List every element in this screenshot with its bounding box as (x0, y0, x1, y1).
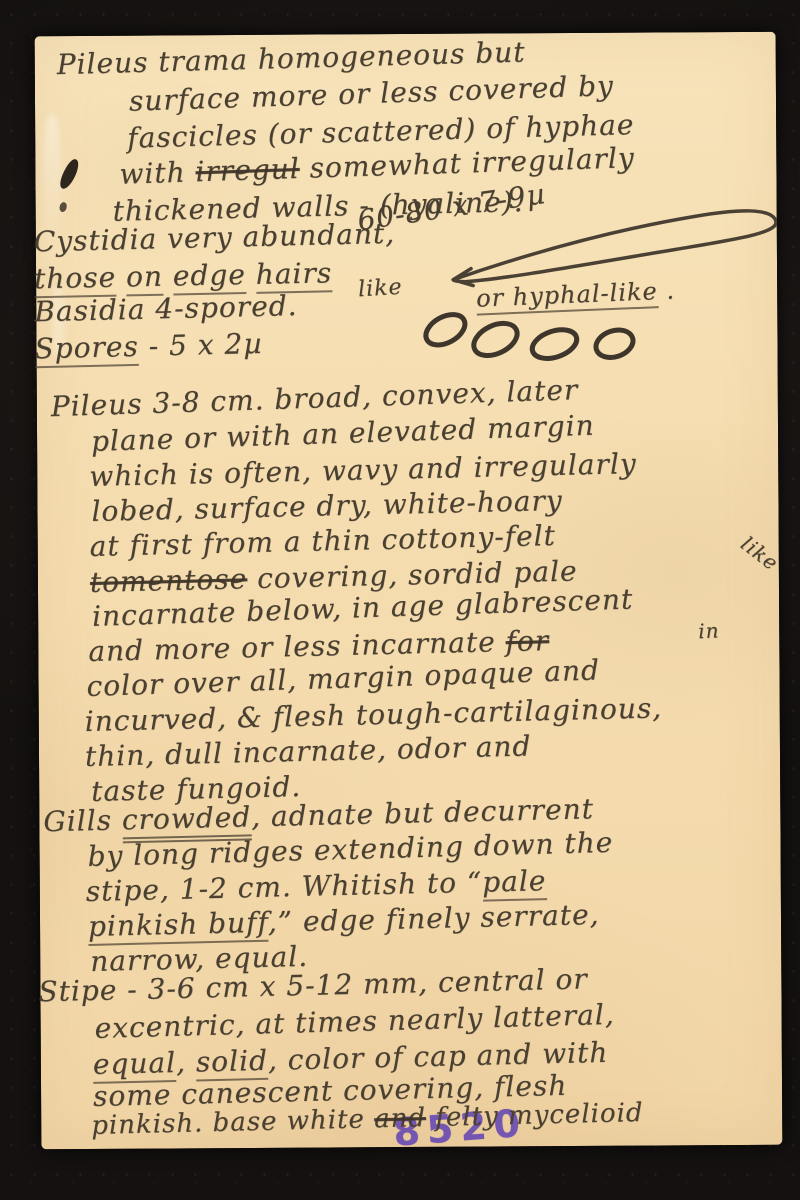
text-segment (163, 259, 174, 292)
ink-blot-mark (59, 201, 68, 212)
handwritten-line: or hyphal-like . (476, 277, 676, 312)
cystidium-drawing (453, 211, 777, 286)
handwritten-line: pinkish buff,” edge finely serrate, (88, 900, 600, 943)
text-segment (245, 258, 256, 291)
handwritten-line: like (357, 276, 403, 303)
spore-outline (469, 317, 523, 362)
handwritten-line: in (698, 619, 720, 642)
text-segment: like (736, 531, 783, 575)
handwritten-line: Cystidia very abundant, (34, 219, 396, 258)
handwritten-line: like (737, 532, 783, 574)
text-segment: or hyphal-like (476, 277, 659, 315)
text-segment: for (505, 624, 549, 658)
text-segment: - 5 x 2µ (138, 327, 262, 363)
spore-outline (421, 308, 470, 351)
text-segment: and (374, 1103, 427, 1134)
text-segment: Spores (34, 330, 139, 368)
text-segment: irregul (195, 152, 300, 188)
text-segment: pale (482, 864, 547, 902)
handwritten-line: thin, dull incarnate, odor and (85, 731, 532, 772)
text-segment: in (698, 618, 720, 643)
text-segment: on (126, 260, 164, 297)
text-segment: felty mycelioid (426, 1098, 644, 1133)
text-segment: with (119, 155, 196, 190)
handwritten-line: Basidia 4-spored. (34, 291, 298, 328)
spore-drawing (421, 307, 637, 364)
text-segment: pinkish. base white (91, 1104, 375, 1141)
handwritten-line: Spores - 5 x 2µ (34, 329, 263, 365)
text-segment: Basidia 4-spored. (34, 289, 298, 328)
text-segment: tomentose (90, 562, 248, 599)
spore-outline (592, 325, 636, 362)
note-card: 8520 Pileus trama homogeneous butsurface… (35, 32, 783, 1150)
text-segment: pinkish buff (88, 906, 269, 946)
text-segment: ,” edge finely serrate, (267, 898, 599, 939)
scuff-mark (43, 114, 62, 284)
text-segment: . (657, 276, 675, 305)
text-segment: , (176, 1046, 197, 1079)
text-segment: Gills (43, 803, 122, 838)
text-segment: like (357, 275, 403, 303)
text-segment (116, 260, 127, 293)
text-segment: Cystidia very abundant, (33, 217, 395, 259)
spore-outline (529, 325, 581, 364)
scanned-document-page: { "page": { "background_color": "#141110… (0, 0, 800, 1200)
